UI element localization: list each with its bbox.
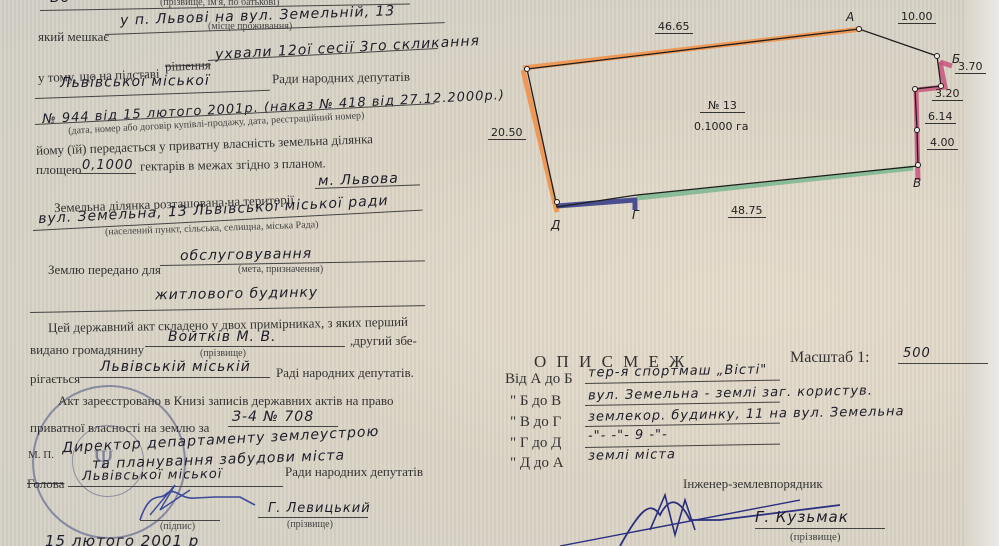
measure-left: 20.50 — [488, 126, 526, 140]
measure-right-3: 6.14 — [925, 110, 956, 124]
measure-top: 46.65 — [655, 20, 693, 34]
boundary-row-value: -"- -"- 9 -"- — [588, 427, 668, 443]
engineer-line — [755, 528, 885, 529]
boundary-row-label: " Г до Д — [510, 435, 561, 452]
measure-bottom: 48.75 — [728, 204, 766, 218]
point-v-label: В — [913, 176, 921, 190]
boundary-row-value: землі міста — [588, 447, 676, 464]
parcel-number: № 13 — [700, 99, 745, 113]
scale-label: Масштаб 1: — [790, 349, 870, 367]
measure-top-right: 10.00 — [898, 10, 936, 24]
point-a-label: А — [846, 10, 854, 24]
boundary-row-label: " Д до А — [510, 455, 564, 472]
boundary-row-label: " В до Г — [510, 414, 561, 431]
measure-right-1: 3.70 — [955, 60, 986, 74]
engineer-label: Інженер-землевпорядник — [683, 476, 823, 492]
measure-right-2: 3.20 — [932, 87, 963, 101]
boundary-row-value: тер-я спортмаш „Вісті" — [588, 362, 768, 380]
measure-right-4: 4.00 — [927, 136, 958, 150]
point-g-label: Г — [632, 208, 639, 222]
engineer-value: Г. Кузьмак — [755, 508, 849, 526]
scale-line — [898, 363, 988, 364]
engineer-hint: (прізвище) — [790, 531, 841, 543]
parcel-plan — [0, 0, 999, 546]
boundary-row-label: Від А до Б — [505, 371, 573, 388]
point-d-label: Д — [551, 218, 560, 232]
scale-value: 500 — [903, 346, 931, 361]
parcel-area: 0.1000 га — [694, 120, 749, 133]
boundary-row-label: " Б до В — [510, 393, 561, 410]
